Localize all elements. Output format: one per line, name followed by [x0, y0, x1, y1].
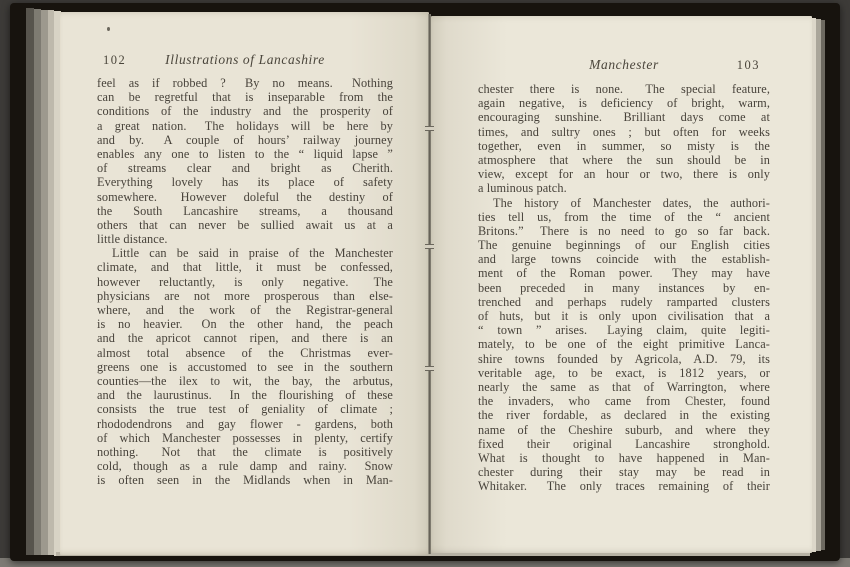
text-line: fixed their original Lancashire strongho…	[478, 437, 770, 451]
text-line: cold, though as a rule damp and rainy. S…	[97, 459, 393, 473]
text-line: ment of the Roman power. They may have	[478, 266, 770, 280]
running-head-right: Manchester 103	[478, 57, 770, 74]
text-line: greens one is accustomed to see in the s…	[97, 360, 393, 374]
text-line: a luminous patch.	[478, 181, 770, 195]
text-line: chester there is none. The special featu…	[478, 82, 770, 96]
text-line: is often seen in the Midlands when in Ma…	[97, 473, 393, 487]
text-line: Britons.” There is no need to go so far …	[478, 224, 770, 238]
text-line: The history of Manchester dates, the aut…	[478, 196, 770, 210]
text-line: however reluctantly, is only negative. T…	[97, 275, 393, 289]
print-speck	[107, 27, 110, 31]
book-gutter	[428, 14, 431, 554]
text-line: The genuine beginnings of our English ci…	[478, 238, 770, 252]
text-line: nearly the same as that of Warrington, w…	[478, 380, 770, 394]
text-line: encouraging sunshine. Brilliant days com…	[478, 110, 770, 124]
page-edge-stack-left	[41, 10, 48, 555]
text-line: Everything lovely has its place of safet…	[97, 175, 393, 189]
gutter-stitch	[425, 126, 434, 131]
text-line: others that can never be sullied await u…	[97, 218, 393, 232]
text-line: where, and the work of the Registrar-gen…	[97, 303, 393, 317]
left-page-body-text: feel as if robbed ? By no means. Nothing…	[97, 76, 393, 487]
text-line: veritable age, to be exact, is 1812 year…	[478, 366, 770, 380]
text-line: counties—the ilex to wit, the bay, the a…	[97, 374, 393, 388]
text-line: view, except for an hour or two, there i…	[478, 167, 770, 181]
text-line: consists the true test of geniality of c…	[97, 402, 393, 416]
text-line: little distance.	[97, 232, 393, 246]
text-line: of which Manchester possesses in plenty,…	[97, 431, 393, 445]
text-line: and by. A couple of hours’ railway journ…	[97, 133, 393, 147]
text-line: almost total absence of the Christmas ev…	[97, 346, 393, 360]
left-page: 102 Illustrations of Lancashire feel as …	[60, 12, 429, 555]
text-line: and large towns coincide with the establ…	[478, 252, 770, 266]
text-line: What is thought to have happened in Man-	[478, 451, 770, 465]
gutter-stitch	[425, 366, 434, 371]
running-title-left: Illustrations of Lancashire	[97, 52, 393, 68]
text-line: Whitaker. The only traces remaining of t…	[478, 479, 770, 493]
text-line: a great nation. The holidays will be her…	[97, 119, 393, 133]
text-line: of streams clear and bright as Cherith.	[97, 161, 393, 175]
text-line: climate, and that little, it must be con…	[97, 260, 393, 274]
text-line: the river fordable, as declared in the e…	[478, 408, 770, 422]
running-head-left: 102 Illustrations of Lancashire	[97, 52, 393, 69]
text-line: nothing. Not that the climate is positiv…	[97, 445, 393, 459]
page-number-right: 103	[737, 58, 760, 73]
text-line: and the laurustinus. In the flourishing …	[97, 388, 393, 402]
text-line: of huts, but it is only upon civilisatio…	[478, 309, 770, 323]
text-line: times, and sultry ones ; but often for w…	[478, 125, 770, 139]
text-line: conditions of the industry and the prosp…	[97, 104, 393, 118]
text-line: name of the Cheshire suburb, and where t…	[478, 423, 770, 437]
text-line: rhododendrons and gay flower - gardens, …	[97, 417, 393, 431]
page-edge-stack-right	[821, 20, 825, 550]
text-line: enables any one to listen to the “ liqui…	[97, 147, 393, 161]
right-page: Manchester 103 chester there is none. Th…	[431, 16, 812, 553]
text-line: shire towns founded by Agricola, A.D. 79…	[478, 352, 770, 366]
text-line: again negative, is deficiency of bright,…	[478, 96, 770, 110]
text-line: and the apricot cannot ripen, and there …	[97, 331, 393, 345]
book-photo-scene: 102 Illustrations of Lancashire feel as …	[0, 0, 850, 567]
text-line: trenched and perhaps rudely ramparted cl…	[478, 295, 770, 309]
text-line: can be regretful that is inseparable fro…	[97, 90, 393, 104]
page-edge-stack-left	[26, 8, 34, 555]
text-line: the invaders, who came from Chester, fou…	[478, 394, 770, 408]
gutter-stitch	[425, 244, 434, 249]
text-line: the South Lancashire streams, a thousand	[97, 204, 393, 218]
text-line: mately, to be one of the eight primitive…	[478, 337, 770, 351]
text-line: somewhere. However doleful the destiny o…	[97, 190, 393, 204]
text-line: is no heavier. On the other hand, the pe…	[97, 317, 393, 331]
text-line: atmosphere that where the sun should be …	[478, 153, 770, 167]
running-title-right: Manchester	[478, 57, 770, 73]
text-line: ties tell us, from the time of the “ anc…	[478, 210, 770, 224]
text-line: chester during their stay may be read in	[478, 465, 770, 479]
text-line: Little can be said in praise of the Manc…	[97, 246, 393, 260]
page-edge-stack-left	[34, 9, 41, 555]
text-line: “ town ” arises. Laying claim, quite leg…	[478, 323, 770, 337]
text-line: been preceded in many instances by en-	[478, 281, 770, 295]
text-line: physicians are not more prosperous than …	[97, 289, 393, 303]
right-page-body-text: chester there is none. The special featu…	[478, 82, 770, 493]
text-line: feel as if robbed ? By no means. Nothing	[97, 76, 393, 90]
page-number-left: 102	[103, 53, 126, 68]
text-line: together, even in summer, so misty is th…	[478, 139, 770, 153]
